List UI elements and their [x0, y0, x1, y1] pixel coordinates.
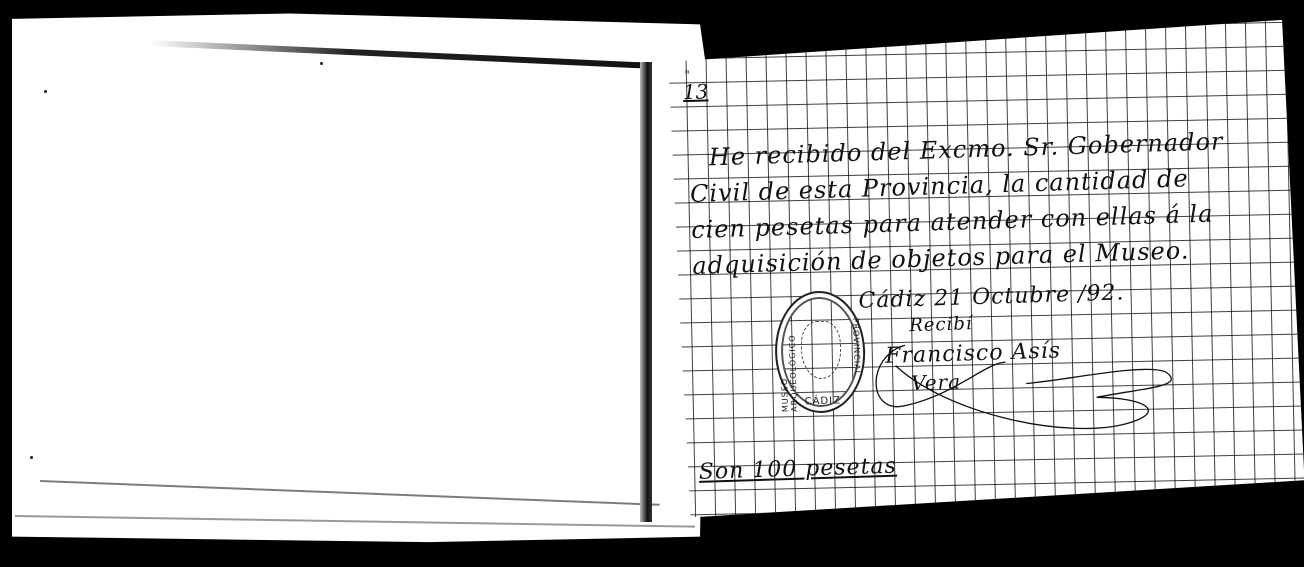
- speck: [30, 456, 33, 459]
- binding-spine: [640, 62, 652, 522]
- speck: [320, 62, 323, 65]
- speck: [44, 90, 47, 93]
- seal-text-right: PROVINCIAL: [851, 318, 862, 376]
- place-and-date: Cádiz 21 Octubre /92.: [858, 280, 1125, 313]
- document-scan: " 13 He recibido del Excmo. Sr. Gobernad…: [0, 0, 1304, 567]
- receipt-line-2: Civil de esta Provincia, la cantidad de: [690, 164, 1189, 208]
- coat-of-arms-icon: [800, 320, 842, 379]
- museum-seal-stamp: MUSEO ARQUEOLÓGICO PROVINCIAL CÁDIZ: [773, 290, 867, 415]
- receipt-content: " 13 He recibido del Excmo. Sr. Gobernad…: [655, 13, 1304, 518]
- folio-number: 13: [682, 79, 708, 104]
- left-blank-page: [12, 8, 707, 553]
- amount-note: Son 100 pesetas: [698, 454, 897, 485]
- seal-text-bottom: CÁDIZ: [804, 395, 841, 407]
- receipt-line-4: adquisición de objetos para el Museo.: [692, 236, 1190, 280]
- signature-flourish-icon: [864, 317, 1188, 447]
- seal-text-left: MUSEO ARQUEOLÓGICO: [778, 320, 799, 413]
